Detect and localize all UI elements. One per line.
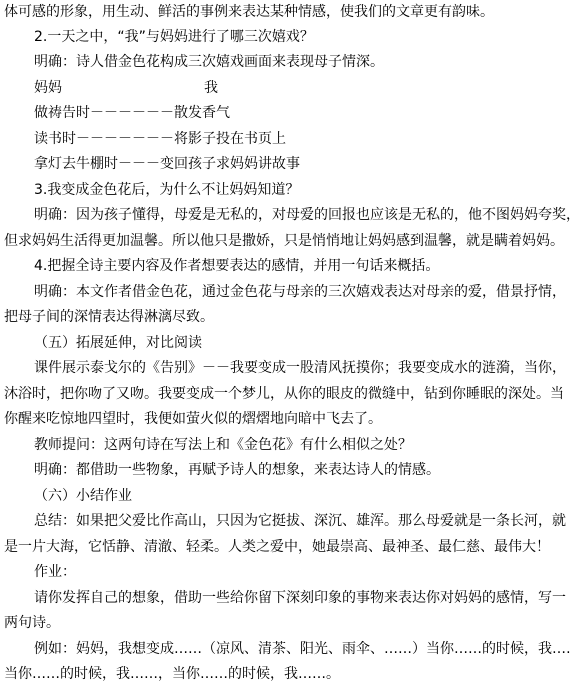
- answer-line: 明确：因为孩子懂得，母爱是无私的，对母爱的回报也应该是无私的，他不图妈妈夸奖，: [34, 203, 570, 228]
- answer-line: 明确：都借助一些物象，再赋予诗人的想象，来表达诗人的情感。: [34, 458, 440, 483]
- paragraph-line: 你醒来吃惊地四望时，我便如萤火似的熠熠地向暗中飞去了。: [4, 407, 382, 432]
- paragraph-line: 沐浴时，把你吻了又吻。我要变成一个梦儿，从你的眼皮的微缝中，钻到你睡眠的深处。当: [4, 382, 564, 407]
- paragraph-line: 课件展示泰戈尔的《告别》－－我要变成一股清风抚摸你；我要变成水的涟漪，当你，: [34, 356, 566, 381]
- column-header-row: 妈妈 我: [34, 76, 62, 101]
- answer-line: 明确：诗人借金色花构成三次嬉戏画面来表现母子情深。: [34, 50, 384, 75]
- column-header-mom: 妈妈: [34, 80, 62, 96]
- question-4: 4.把握全诗主要内容及作者想要表达的感情，并用一句话来概括。: [34, 254, 439, 279]
- teacher-question: 教师提问：这两句诗在写法上和《金色花》有什么相似之处？: [34, 433, 412, 458]
- play-row-1: 做祷告时－－－－－－散发香气: [34, 101, 230, 126]
- question-2: 2.一天之中，“我”与妈妈进行了哪三次嬉戏？: [34, 25, 314, 50]
- question-3: 3.我变成金色花后，为什么不让妈妈知道？: [34, 178, 299, 203]
- summary-line: 总结：如果把父爱比作高山，只因为它挺拔、深沉、雄浑。那么母爱就是一条长河，就: [34, 509, 566, 534]
- homework-line: 两句诗。: [4, 611, 60, 636]
- answer-line: 把母子间的深情表达得淋漓尽致。: [4, 305, 214, 330]
- summary-line: 是一片大海，它恬静、清澈、轻柔。人类之爱中，她最崇高、最神圣、最仁慈、最伟大！: [4, 535, 550, 560]
- example-line: 例如：妈妈，我想变成……（凉风、清茶、阳光、雨伞、……）当你……的时候，我……，: [34, 637, 570, 662]
- play-row-3: 拿灯去牛棚时－－－变回孩子求妈妈讲故事: [34, 152, 300, 177]
- column-header-me: 我: [204, 76, 218, 101]
- play-row-2: 读书时－－－－－－－将影子投在书页上: [34, 127, 286, 152]
- homework-line: 请你发挥自己的想象，借助一些给你留下深刻印象的事物来表达你对妈妈的感情，写一: [34, 586, 566, 611]
- answer-line: 但求妈妈生活得更加温馨。所以他只是撒娇，只是悄悄地让妈妈感到温馨，就是瞒着妈妈。: [4, 229, 564, 254]
- answer-line: 明确：本文作者借金色花，通过金色花与母亲的三次嬉戏表达对母亲的爱，借景抒情，: [34, 280, 566, 305]
- homework-label: 作业：: [34, 560, 76, 585]
- section-heading-6: （六）小结作业: [34, 484, 132, 509]
- example-line: 当你……的时候，我……，当你……的时候，我……。: [4, 662, 340, 687]
- paragraph-line: 体可感的形象，用生动、鲜活的事例来表达某种情感，使我们的文章更有韵味。: [4, 0, 494, 25]
- section-heading-5: （五）拓展延伸，对比阅读: [34, 331, 202, 356]
